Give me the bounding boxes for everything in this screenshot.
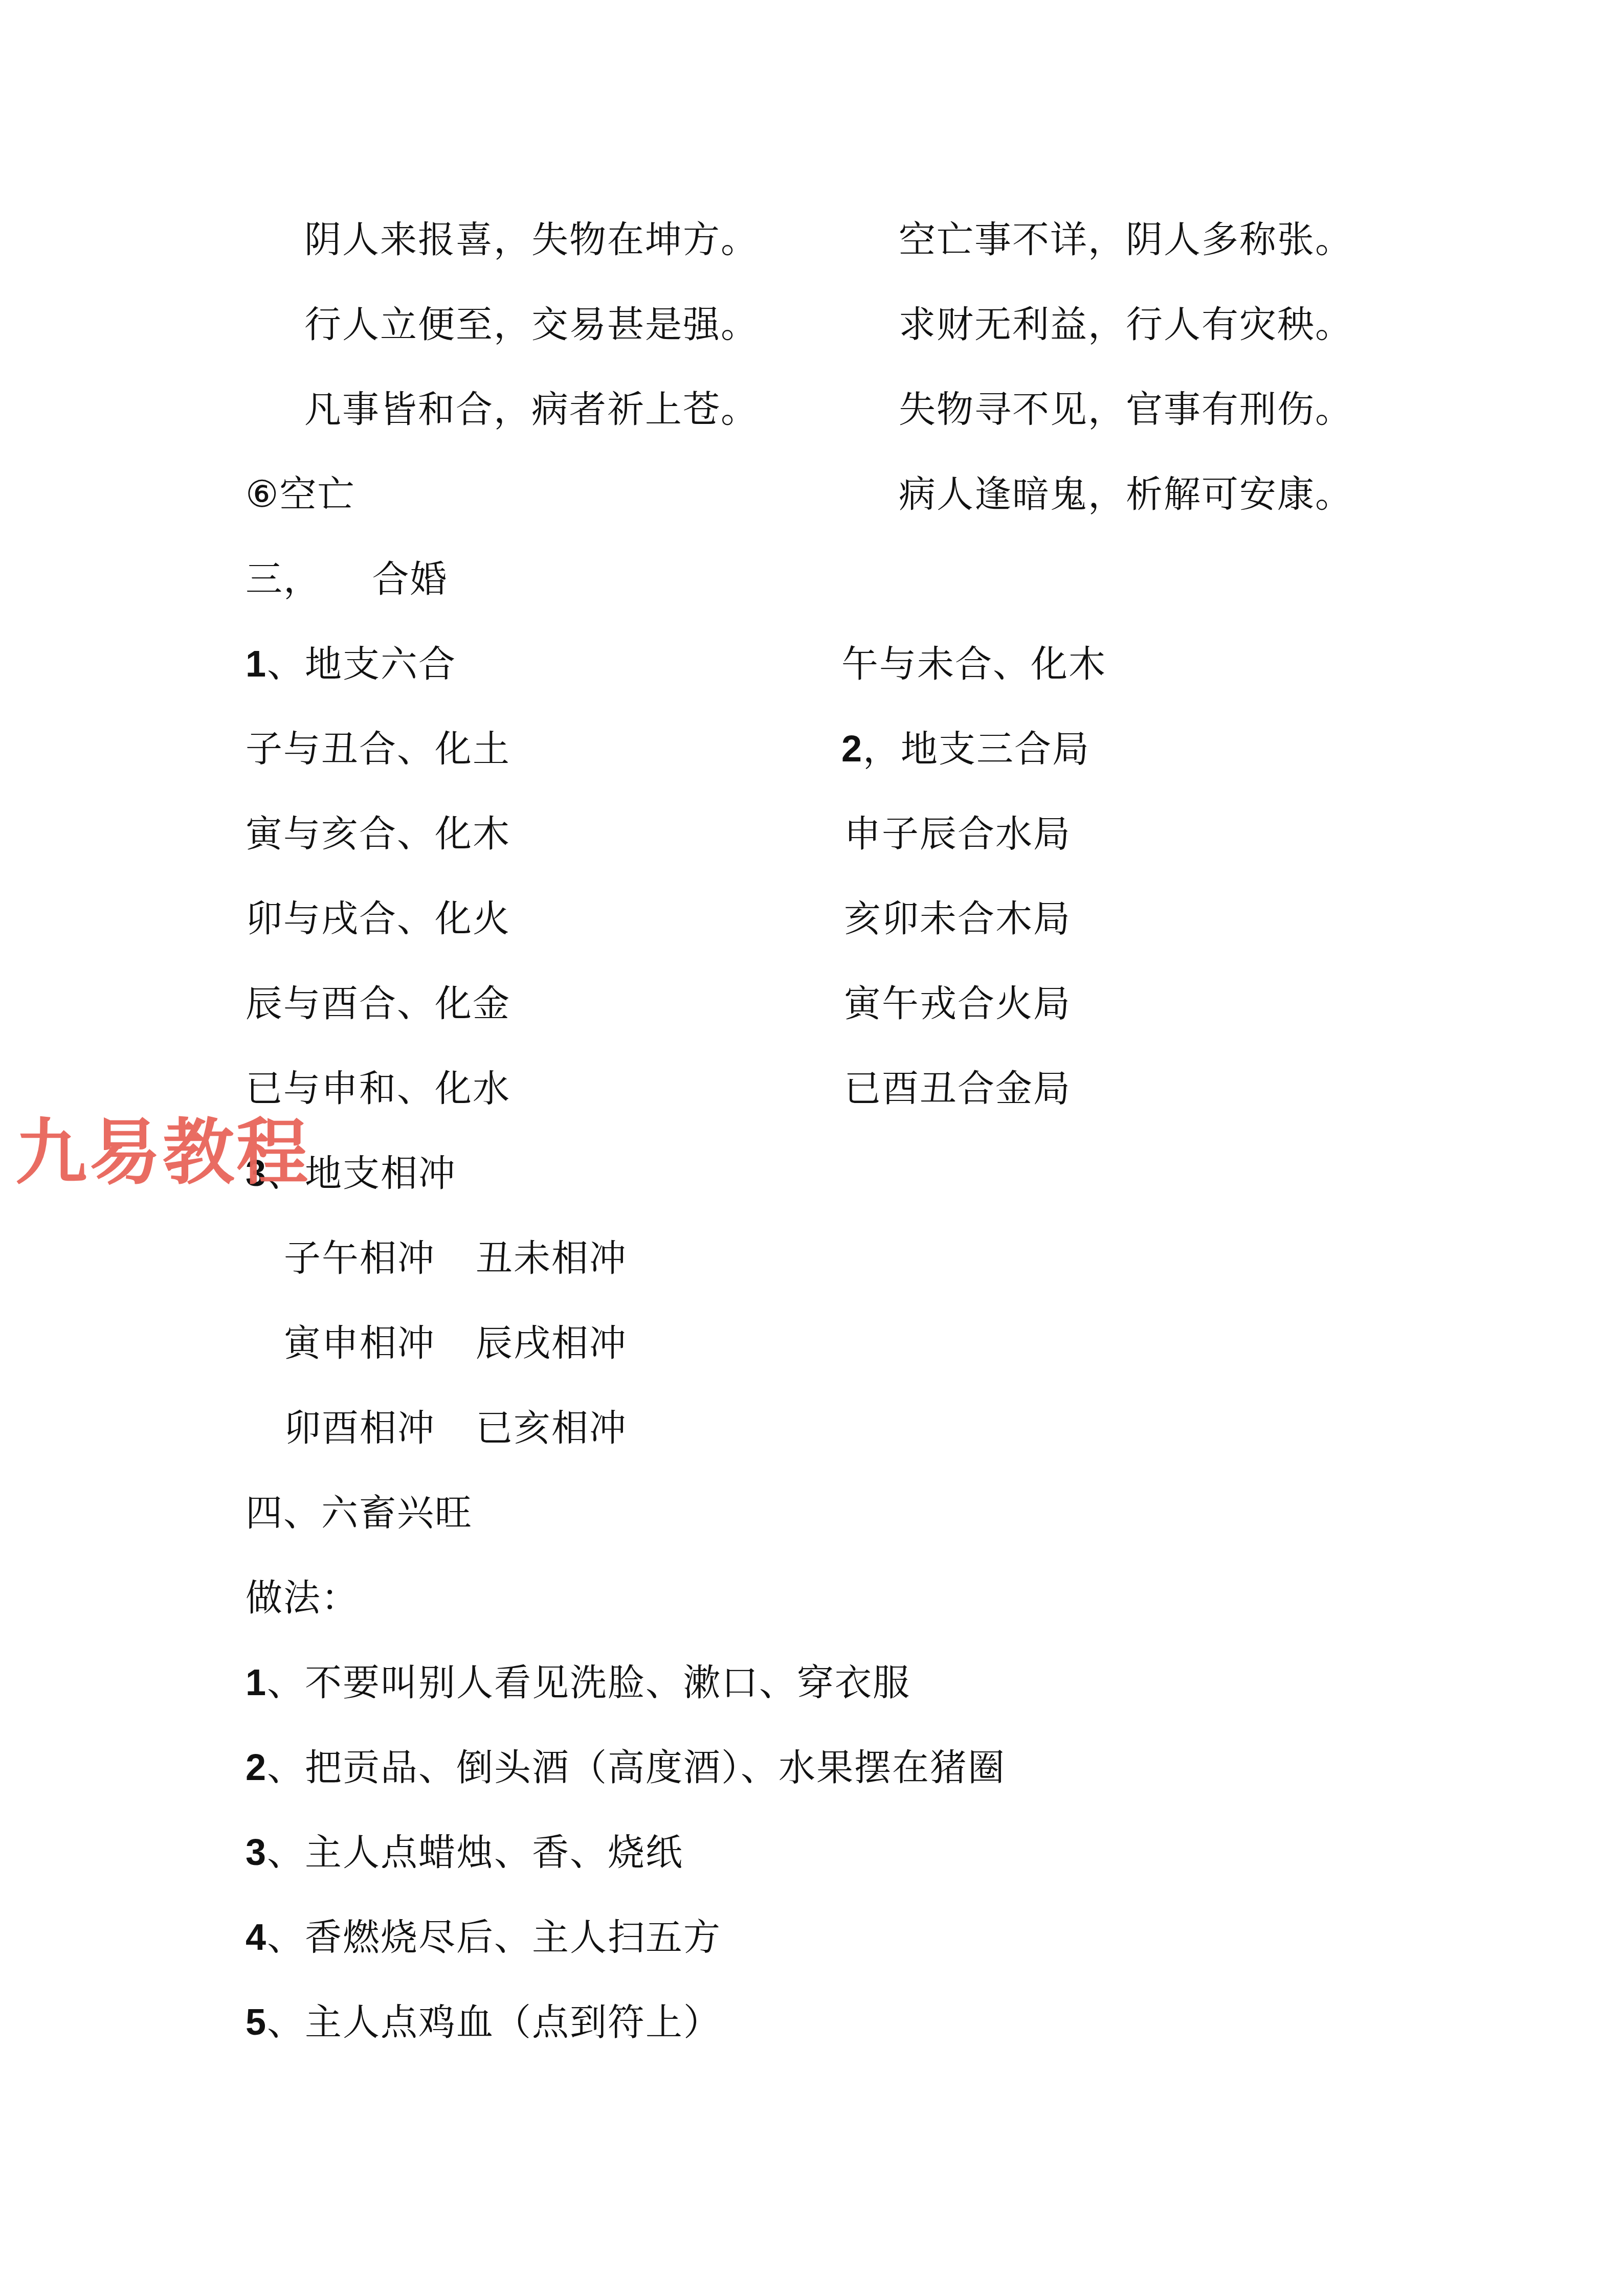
step-number: 4 xyxy=(246,1917,267,1958)
sanhe-item: 已酉丑合金局 xyxy=(844,1065,1071,1111)
step-text: 、主人点鸡血（点到符上） xyxy=(267,2000,721,2043)
step-item: 4、香燃烧尽后、主人扫五方 xyxy=(246,1914,721,1961)
sanhe-item: 申子辰合水局 xyxy=(844,811,1071,857)
xiangchong-pair: 辰戌相冲 xyxy=(476,1320,627,1366)
step-number: 3 xyxy=(246,1832,267,1873)
verse-right-line-3: 失物寻不见，官事有刑伤。 xyxy=(899,386,1353,432)
method-label: 做法： xyxy=(246,1574,359,1620)
xiangchong-pair: 丑未相冲 xyxy=(476,1235,627,1281)
verse-right-line-2: 求财无利益，行人有灾秧。 xyxy=(899,301,1353,347)
sanhe-title: ，地支三合局 xyxy=(863,727,1090,770)
step-text: 、主人点蜡烛、香、烧纸 xyxy=(267,1831,683,1874)
liuhe-heading: 1、地支六合 xyxy=(246,641,456,687)
section-4-title: 四、六畜兴旺 xyxy=(246,1490,473,1536)
sanhe-heading: 2，地支三合局 xyxy=(841,726,1090,772)
step-text: 、不要叫别人看见洗脸、漱口、穿衣服 xyxy=(267,1661,910,1704)
watermark-logo: 九易教程 xyxy=(15,1112,310,1194)
xiangchong-pair: 寅申相冲 xyxy=(284,1320,435,1366)
step-text: 、香燃烧尽后、主人扫五方 xyxy=(267,1916,721,1959)
liuhe-title: 、地支六合 xyxy=(267,642,456,685)
step-item: 5、主人点鸡血（点到符上） xyxy=(246,1999,721,2045)
step-number: 5 xyxy=(246,2002,267,2043)
step-number: 1 xyxy=(246,1662,267,1703)
sanhe-item: 寅午戎合火局 xyxy=(844,980,1071,1026)
liuhe-item: 卯与戌合、化火 xyxy=(246,895,510,941)
verse-left-line-1: 阴人来报喜，失物在坤方。 xyxy=(304,216,759,262)
liuhe-item: 子与丑合、化土 xyxy=(246,726,510,772)
step-item: 1、不要叫别人看见洗脸、漱口、穿衣服 xyxy=(246,1659,910,1706)
liuhe-number: 1 xyxy=(246,644,267,685)
verse-right-line-4: 病人逢暗鬼，析解可安康。 xyxy=(899,471,1353,517)
xiangchong-pair: 卯酉相冲 xyxy=(284,1405,435,1451)
verse-left-line-3: 凡事皆和合，病者祈上苍。 xyxy=(304,386,759,432)
xiangchong-pair: 已亥相冲 xyxy=(476,1405,627,1451)
step-text: 、把贡品、倒头酒（高度酒）、水果摆在猪圈 xyxy=(267,1746,1006,1789)
sanhe-item: 亥卯未合木局 xyxy=(844,895,1071,941)
liuhe-item: 辰与酉合、化金 xyxy=(246,980,510,1026)
sanhe-number: 2 xyxy=(841,729,863,770)
liuhe-item: 已与申和、化水 xyxy=(246,1065,510,1111)
verse-left-line-2: 行人立便至，交易甚是强。 xyxy=(304,301,759,347)
step-number: 2 xyxy=(246,1747,267,1788)
step-item: 3、主人点蜡烛、香、烧纸 xyxy=(246,1829,683,1876)
step-item: 2、把贡品、倒头酒（高度酒）、水果摆在猪圈 xyxy=(246,1744,1006,1791)
verse-right-line-1: 空亡事不详，阴人多称张。 xyxy=(899,216,1353,262)
heading-kongwang: ⑥空亡 xyxy=(246,471,355,517)
section-3-title: 三， 合婚 xyxy=(246,556,448,602)
liuhe-item: 午与未合、化木 xyxy=(841,641,1106,687)
xiangchong-pair: 子午相冲 xyxy=(284,1235,435,1281)
liuhe-item: 寅与亥合、化木 xyxy=(246,811,510,857)
